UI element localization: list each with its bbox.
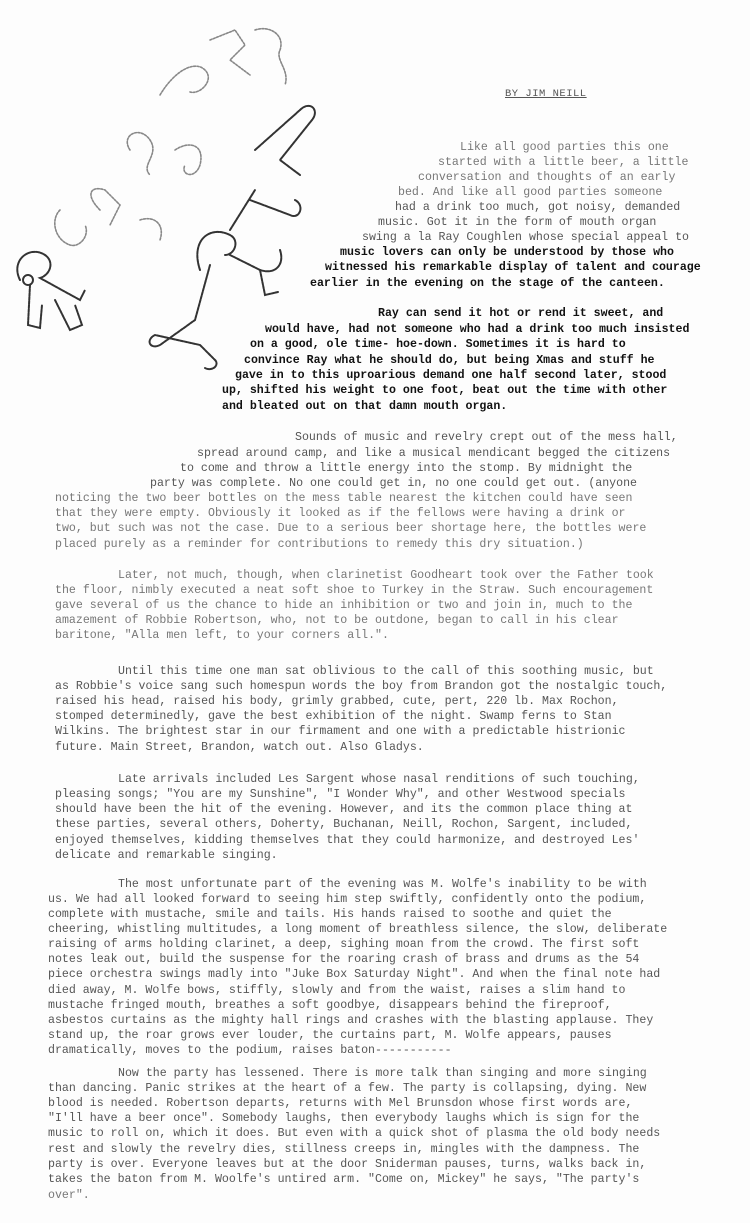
text-line: convince Ray what he should do, but bein… <box>244 353 655 368</box>
text-line: conversation and thoughts of an early <box>418 170 675 185</box>
text-line: asbestos curtains as the mighty hall rin… <box>48 1013 653 1028</box>
text-line: stand up, the roar grows ever louder, th… <box>48 1028 612 1043</box>
text-line: rest and slowly the revelry dies, stilln… <box>48 1142 639 1157</box>
text-line: would have, had not someone who had a dr… <box>265 322 689 337</box>
text-line: gave several of us the chance to hide an… <box>55 598 632 613</box>
text-line: swing a la Ray Coughlen whose special ap… <box>362 230 689 245</box>
text-line: us. We had all looked forward to seeing … <box>48 892 646 907</box>
text-line: amazement of Robbie Robertson, who, not … <box>55 613 619 628</box>
text-line: stomped determinedly, gave the best exhi… <box>55 709 612 724</box>
text-line: these parties, several others, Doherty, … <box>55 817 632 832</box>
text-line: cheering, whistling multitudes, a long m… <box>48 922 667 937</box>
text-line: takes the baton from M. Woolfe's untired… <box>48 1172 639 1187</box>
text-line: on a good, ole time- hoe-down. Sometimes… <box>250 337 626 352</box>
text-line: music. Got it in the form of mouth organ <box>378 215 656 230</box>
text-line: party is over. Everyone leaves but at th… <box>48 1157 646 1172</box>
text-line: piece orchestra swings madly into "Juke … <box>48 967 660 982</box>
text-line: notes leak out, build the suspense for t… <box>48 952 639 967</box>
text-line: noticing the two beer bottles on the mes… <box>55 491 632 506</box>
text-line: music to roll on, which it does. But eve… <box>48 1126 660 1141</box>
text-line: complete with mustache, smile and tails.… <box>48 907 612 922</box>
text-line: as Robbie's voice sang such homespun wor… <box>55 679 667 694</box>
text-line: Sounds of music and revelry crept out of… <box>295 430 678 445</box>
text-line: Until this time one man sat oblivious to… <box>118 664 654 679</box>
text-line: started with a little beer, a little <box>438 155 688 170</box>
text-line: bed. And like all good parties someone <box>398 185 662 200</box>
text-line: spread around camp, and like a musical m… <box>197 446 670 461</box>
text-line: future. Main Street, Brandon, watch out.… <box>55 740 424 755</box>
text-line: mustache fringed mouth, breathes a soft … <box>48 998 612 1013</box>
text-line: two, but such was not the case. Due to a… <box>55 521 646 536</box>
text-line: up, shifted his weight to one foot, beat… <box>222 383 667 398</box>
text-line: The most unfortunate part of the evening… <box>118 877 647 892</box>
text-line: the floor, nimbly executed a neat soft s… <box>55 583 653 598</box>
text-line: witnessed his remarkable display of tale… <box>325 260 701 275</box>
text-line: raising of arms holding clarinet, a deep… <box>48 937 639 952</box>
text-line: party was complete. No one could get in,… <box>150 476 637 491</box>
text-line: Ray can send it hot or rend it sweet, an… <box>378 306 663 321</box>
text-line: that they were empty. Obviously it looke… <box>55 506 626 521</box>
text-line: dramatically, moves to the podium, raise… <box>48 1043 452 1058</box>
text-line: music lovers can only be understood by t… <box>340 245 674 260</box>
text-line: baritone, "Alla men left, to your corner… <box>55 628 389 643</box>
text-line: blood is needed. Robertson departs, retu… <box>48 1096 632 1111</box>
text-line: Now the party has lessened. There is mor… <box>118 1066 647 1081</box>
document-page: XMAS PARTY BY JIM NEILL <box>0 0 750 1223</box>
text-line: Wilkins. The brightest star in our firma… <box>55 724 626 739</box>
text-line: delicate and remarkable singing. <box>55 848 278 863</box>
text-line: gave in to this uproarious demand one ha… <box>235 368 666 383</box>
text-line: over". <box>48 1188 90 1203</box>
text-line: to come and throw a little energy into t… <box>180 461 632 476</box>
byline: BY JIM NEILL <box>505 88 587 100</box>
text-line: died away, M. Wolfe bows, stiffly, slowl… <box>48 983 625 998</box>
text-line: Like all good parties this one <box>460 140 669 155</box>
text-line: raised his head, raised his body, grimly… <box>55 694 619 709</box>
text-line: pleasing songs; "You are my Sunshine", "… <box>55 787 626 802</box>
text-line: and bleated out on that damn mouth organ… <box>222 399 507 414</box>
text-line: earlier in the evening on the stage of t… <box>310 276 665 291</box>
text-line: placed purely as a reminder for contribu… <box>55 537 584 552</box>
text-line: should have been the hit of the evening.… <box>55 802 632 817</box>
text-line: "I'll have a beer once". Somebody laughs… <box>48 1111 639 1126</box>
text-line: enjoyed themselves, kidding themselves t… <box>55 833 639 848</box>
text-line: Late arrivals included Les Sargent whose… <box>118 772 640 787</box>
text-line: had a drink too much, got noisy, demande… <box>395 200 680 215</box>
text-line: than dancing. Panic strikes at the heart… <box>48 1081 646 1096</box>
text-line: Later, not much, though, when clarinetis… <box>118 568 654 583</box>
